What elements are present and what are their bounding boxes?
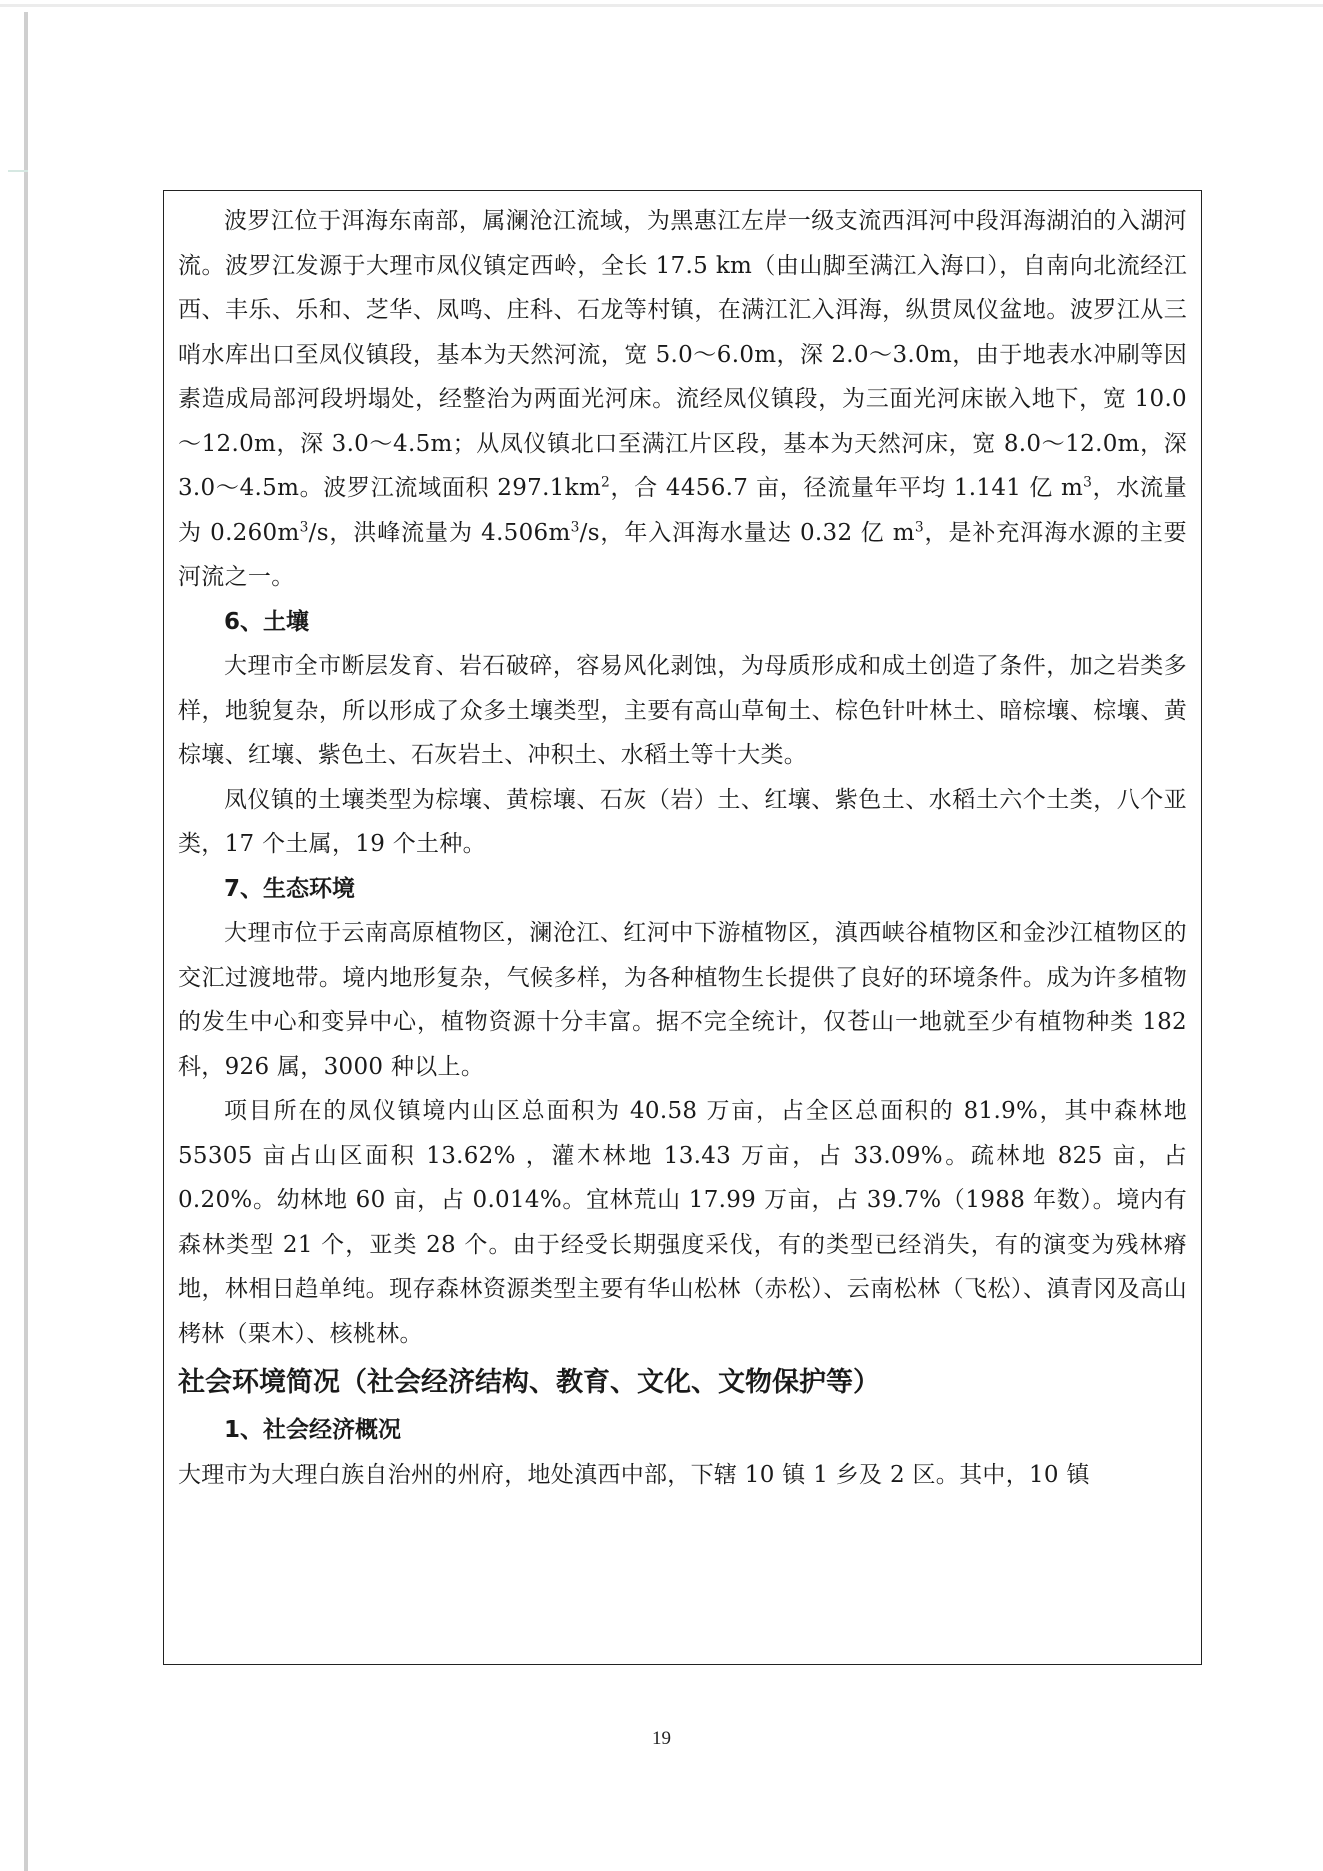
paragraph-boluo-river: 波罗江位于洱海东南部，属澜沧江流域，为黑惠江左岸一级支流西洱河中段洱海湖泊的入湖… (178, 199, 1187, 600)
scan-top-edge (0, 4, 1323, 7)
content-box: 波罗江位于洱海东南部，属澜沧江流域，为黑惠江左岸一级支流西洱河中段洱海湖泊的入湖… (163, 190, 1202, 1665)
paragraph-social-economy: 大理市为大理白族自治州的州府，地处滇西中部，下辖 10 镇 1 乡及 2 区。其… (178, 1453, 1187, 1498)
paragraph-ecology-forest: 项目所在的凤仪镇境内山区总面积为 40.58 万亩，占全区总面积的 81.9%，… (178, 1089, 1187, 1356)
scan-left-edge (24, 12, 28, 1871)
page-number: 19 (0, 1728, 1323, 1750)
paragraph-soil-dali: 大理市全市断层发育、岩石破碎，容易风化剥蚀，为母质形成和成土创造了条件，加之岩类… (178, 644, 1187, 778)
heading-social-economy: 1、社会经济概况 (178, 1408, 1187, 1453)
heading-ecology: 7、生态环境 (178, 867, 1187, 912)
paragraph-soil-fengyi: 凤仪镇的土壤类型为棕壤、黄棕壤、石灰（岩）土、红壤、紫色土、水稻土六个土类，八个… (178, 778, 1187, 867)
paragraph-ecology-plants: 大理市位于云南高原植物区，澜沧江、红河中下游植物区，滇西峡谷植物区和金沙江植物区… (178, 911, 1187, 1089)
scan-mark (8, 170, 28, 172)
section-title-social-environment: 社会环境简况（社会经济结构、教育、文化、文物保护等） (178, 1358, 1187, 1408)
heading-soil: 6、土壤 (178, 600, 1187, 645)
